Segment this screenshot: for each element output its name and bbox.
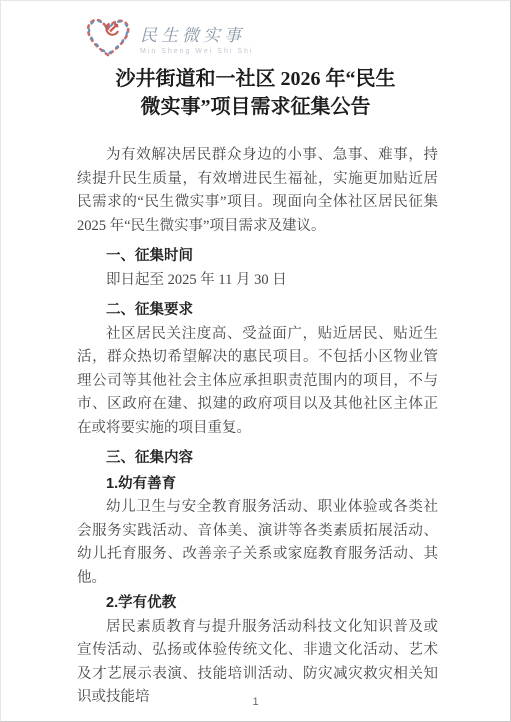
intro-paragraph: 为有效解决居民群众身边的小事、急事、难事，持续提升民生质量，有效增进民生福祉，实…: [77, 144, 438, 238]
logo-pinyin: Min Sheng Wei Shi Shi: [140, 48, 253, 55]
subsection-heading-childcare: 1.幼有善育: [77, 473, 438, 497]
document-body: 为有效解决居民群众身边的小事、急事、难事，持续提升民生质量，有效增进民生福祉，实…: [77, 144, 438, 710]
section-heading-collection-time: 一、征集时间: [77, 245, 438, 269]
subsection-heading-education: 2.学有优教: [77, 592, 438, 616]
logo-name: 民生微实事: [140, 21, 253, 46]
page-number: 1: [1, 696, 510, 708]
subsection-body-childcare: 幼儿卫生与安全教育服务活动、职业体验或各类社会服务实践活动、音体美、演讲等各类素…: [77, 496, 438, 590]
document-page: 民生微实事 Min Sheng Wei Shi Shi 沙井街道和一社区 202…: [0, 0, 511, 722]
section-body-collection-time: 即日起至 2025 年 11 月 30 日: [77, 269, 438, 293]
title-line-2: 微实事”项目需求征集公告: [61, 93, 450, 121]
minsheng-logo: 民生微实事 Min Sheng Wei Shi Shi: [83, 14, 253, 60]
section-body-collection-requirements: 社区居民关注度高、受益面广，贴近居民、贴近生活，群众热切希望解决的惠民项目。不包…: [77, 323, 438, 441]
heart-logo-icon: [83, 14, 133, 60]
page-title: 沙井街道和一社区 2026 年“民生 微实事”项目需求征集公告: [61, 65, 450, 121]
logo-text: 民生微实事 Min Sheng Wei Shi Shi: [140, 19, 253, 55]
section-heading-collection-content: 三、征集内容: [77, 447, 438, 471]
title-line-1: 沙井街道和一社区 2026 年“民生: [61, 65, 450, 93]
section-heading-collection-requirements: 二、征集要求: [77, 299, 438, 323]
